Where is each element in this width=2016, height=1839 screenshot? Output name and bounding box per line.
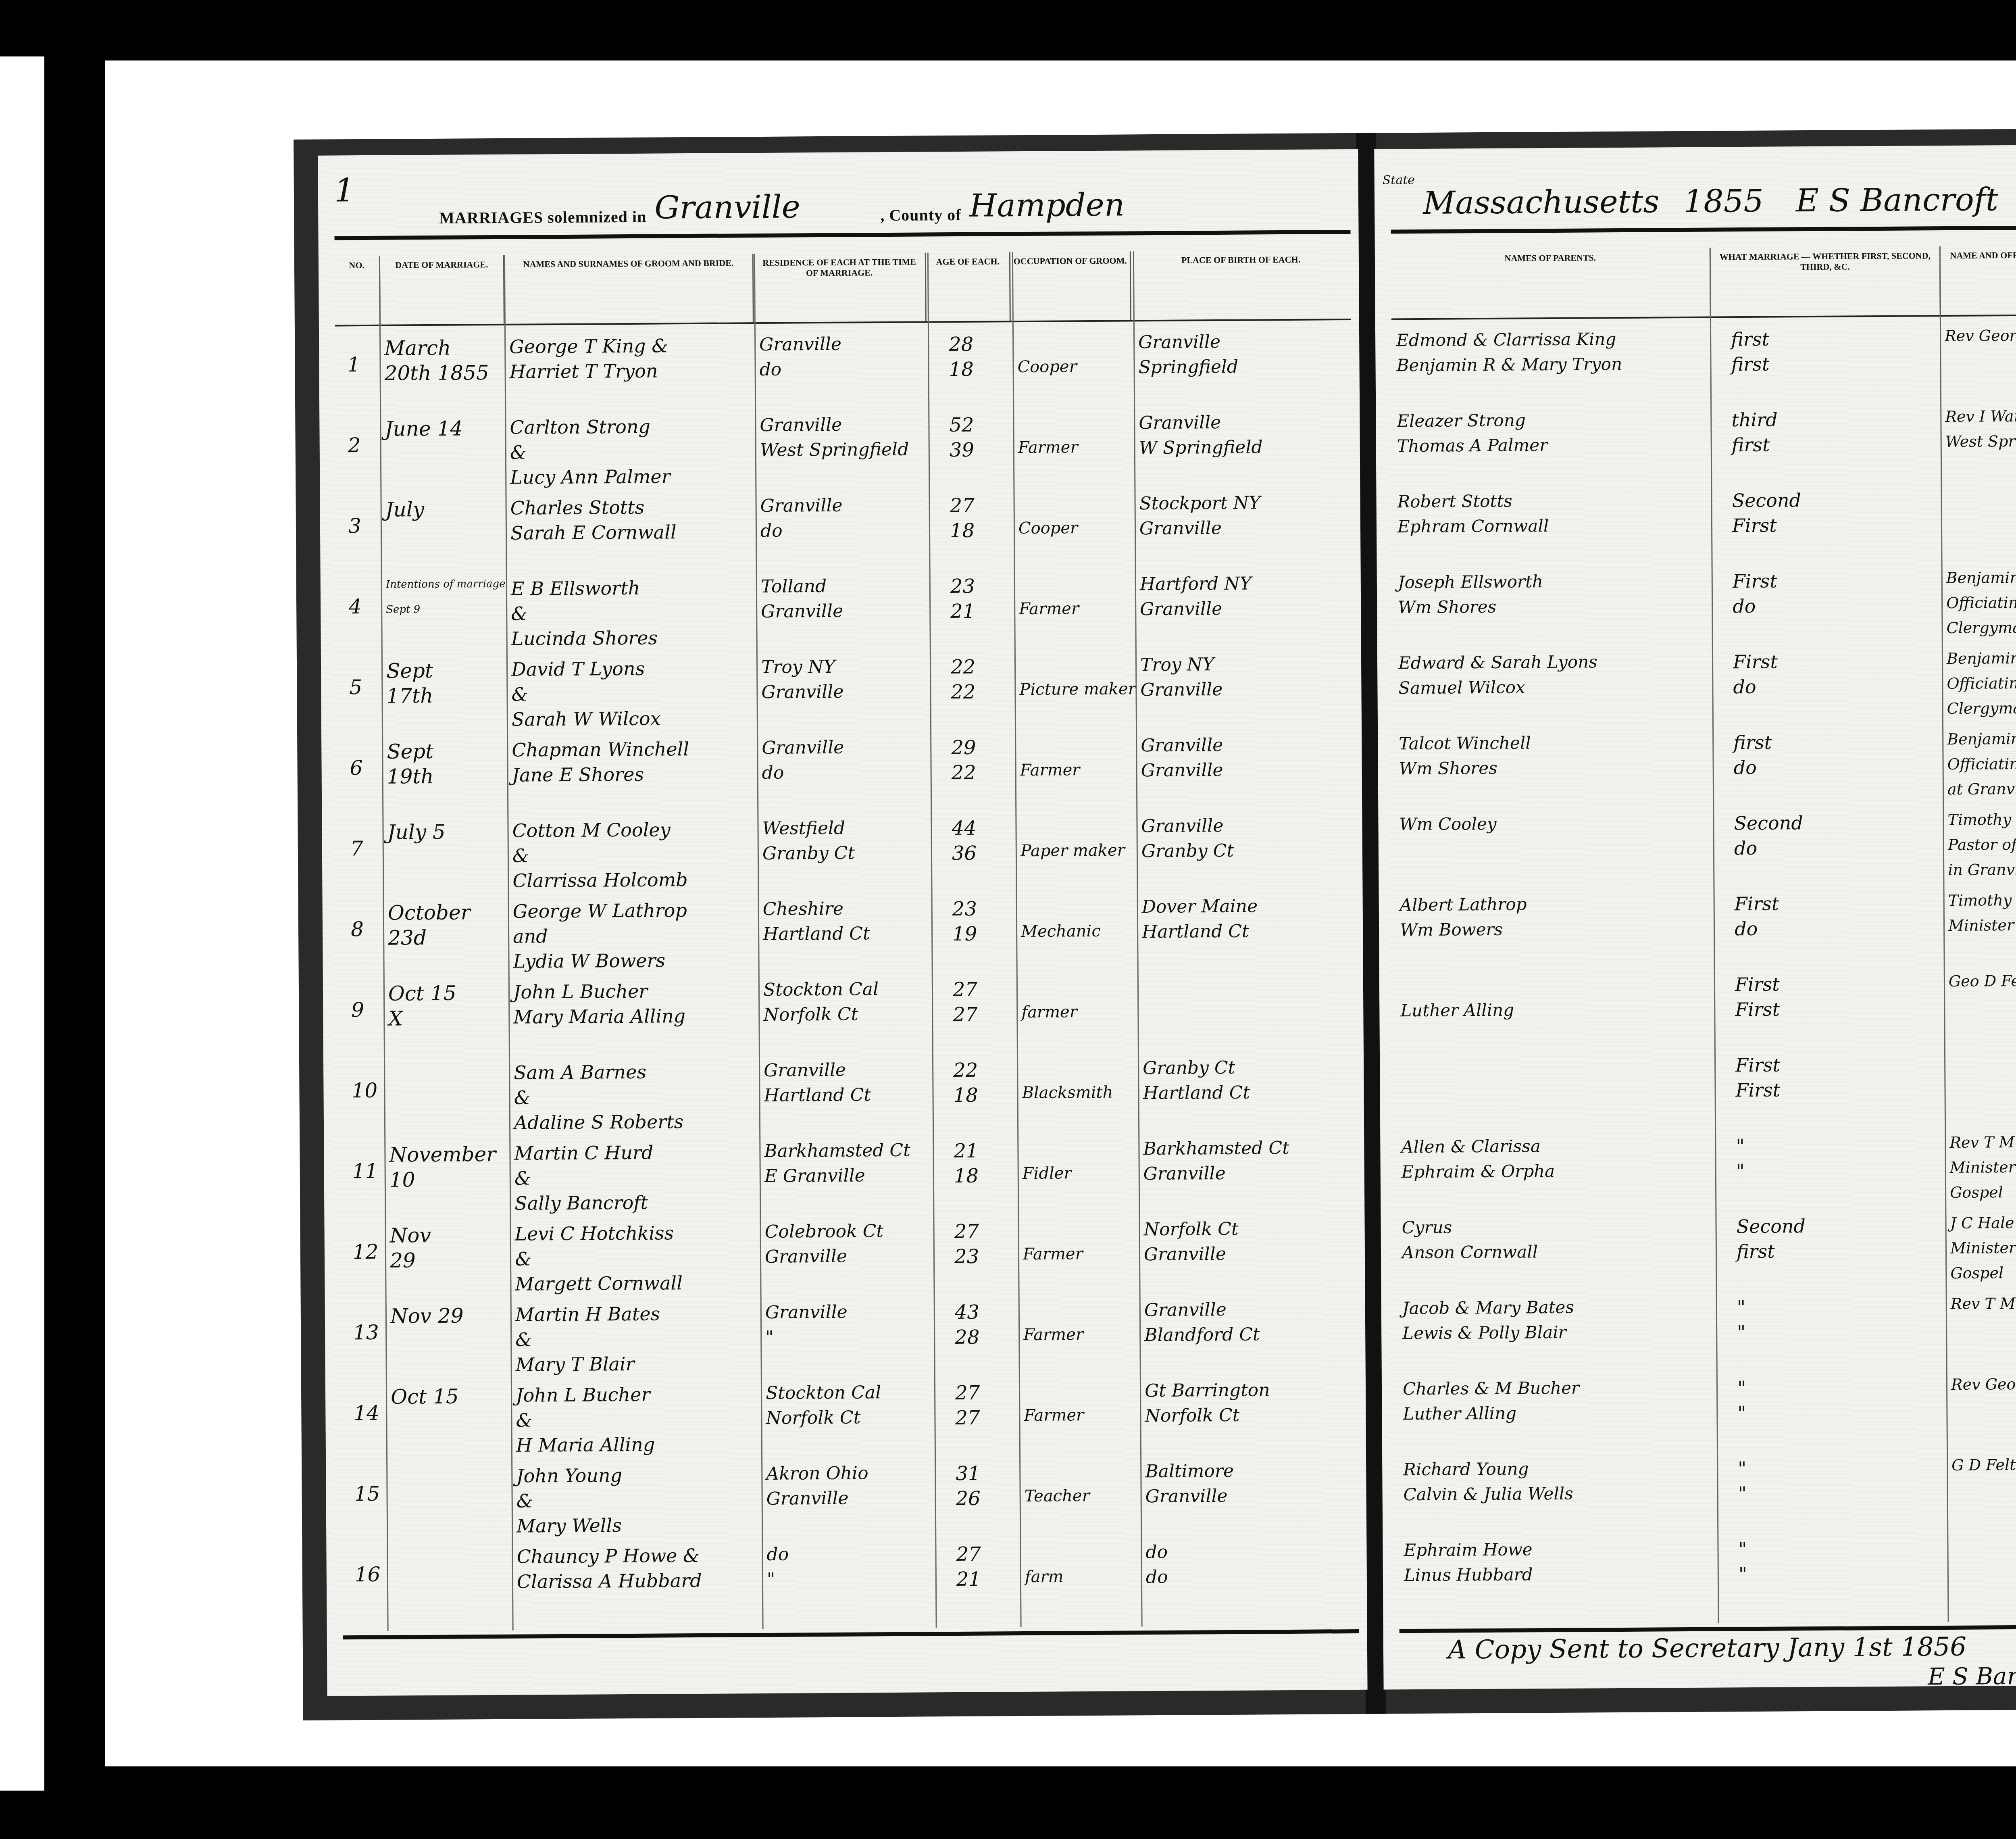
marriage-order: do (1733, 676, 1756, 698)
parents-names: Anson Cornwall (1402, 1242, 1538, 1262)
marriage-order: third (1731, 409, 1778, 431)
marriage-order: Second (1732, 489, 1801, 511)
officiant: Pastor of the 1st Church (1948, 835, 2016, 854)
residence: do (762, 763, 784, 783)
groom-occupation: Cooper (1017, 357, 1077, 376)
marriage-order: " (1737, 1402, 1746, 1424)
marriage-order: First (1735, 893, 1779, 915)
residence: do (760, 521, 783, 541)
age: 27 (955, 1407, 980, 1429)
residence: Granville (762, 737, 844, 758)
marriage-order: First (1733, 570, 1777, 592)
birthplace: Hartford NY (1140, 573, 1252, 595)
entry-number: 3 (348, 514, 361, 538)
age: 18 (949, 358, 973, 381)
residence: Granville (761, 601, 843, 622)
officiant: Timothy Cooley (1947, 810, 2016, 829)
parents-names: Linus Hubbard (1404, 1564, 1533, 1585)
residence: Granville (766, 1488, 849, 1509)
officiant: G D Felton (1951, 1456, 2016, 1474)
column-header: Names of Parents. (1391, 248, 1710, 319)
marriage-date: Nov (390, 1224, 431, 1247)
groom-bride-name: Chauncy P Howe & (516, 1545, 700, 1568)
groom-bride-name: Clarissa A Hubbard (517, 1570, 702, 1593)
parents-names: Wm Shores (1399, 758, 1497, 778)
column-header: Age of each. (925, 252, 1010, 321)
title-county: Hampden (969, 187, 1125, 224)
parents-names: Joseph Ellsworth (1398, 571, 1543, 592)
marriage-order: First (1733, 651, 1778, 673)
birthplace: Hartland Ct (1143, 1082, 1250, 1104)
residence: Hartland Ct (764, 1084, 871, 1106)
groom-occupation: Farmer (1023, 1325, 1083, 1344)
parents-names: Calvin & Julia Wells (1404, 1484, 1573, 1505)
parents-names: Samuel Wilcox (1398, 677, 1525, 698)
marriage-date: Oct 15 (388, 982, 456, 1005)
groom-bride-name: John L Bucher (516, 1384, 650, 1406)
groom-bride-name: David T Lyons (511, 658, 645, 680)
birthplace: do (1146, 1567, 1168, 1587)
groom-bride-name: Sarah W Wilcox (512, 708, 661, 730)
parents-names: Wm Bowers (1400, 919, 1503, 940)
groom-bride-name: Levi C Hotchkiss (514, 1222, 674, 1245)
birthplace: Barkhamsted Ct (1143, 1138, 1289, 1159)
parents-names: Eleazer Strong (1397, 410, 1526, 431)
age: 23 (952, 898, 977, 920)
birthplace: Granville (1140, 598, 1222, 619)
groom-bride-name: & (514, 1167, 531, 1189)
entry-number: 2 (348, 434, 361, 457)
age: 27 (955, 1382, 980, 1404)
marriage-order: first (1731, 353, 1769, 375)
marriage-order: do (1733, 757, 1756, 778)
age: 19 (952, 923, 977, 945)
title-county-label: , County of (880, 205, 961, 225)
officiant: Minister of the (1950, 1239, 2016, 1257)
marriage-date: June 14 (385, 417, 463, 440)
marriage-date: 10 (389, 1168, 415, 1191)
groom-bride-name: John L Bucher (513, 980, 648, 1003)
title-state: Massachusetts (1423, 183, 1660, 221)
footer-rule-right (1400, 1623, 2016, 1633)
marriage-order: " (1737, 1296, 1746, 1318)
marriage-date: 19th (387, 765, 434, 788)
parents-names: Wm Shores (1398, 597, 1496, 617)
marriage-order: " (1737, 1377, 1746, 1399)
groom-bride-name: & (511, 603, 527, 625)
marriage-order: " (1736, 1135, 1745, 1157)
scan-border-top (0, 0, 2016, 60)
marriage-order: " (1738, 1457, 1747, 1479)
groom-occupation: Picture maker (1019, 680, 1136, 699)
marriage-order: First (1732, 515, 1777, 537)
residence: do (759, 359, 781, 380)
residence: Granville (760, 415, 842, 436)
marriage-date: October (388, 901, 471, 924)
marriage-date: 20th 1855 (384, 361, 489, 385)
groom-bride-name: Martin C Hurd (514, 1142, 653, 1164)
age: 27 (953, 978, 977, 1001)
age: 43 (955, 1301, 979, 1324)
groom-bride-name: Carlton Strong (510, 416, 650, 438)
groom-bride-name: & (510, 442, 527, 463)
age: 27 (953, 1003, 977, 1026)
parents-names: Edward & Sarah Lyons (1398, 652, 1597, 673)
groom-occupation: Farmer (1018, 438, 1078, 457)
parents-names: Richard Young (1403, 1459, 1529, 1479)
parents-names: Charles & M Bucher (1403, 1378, 1579, 1399)
marriage-date: July 5 (387, 820, 446, 844)
parents-names: Ephram Cornwall (1397, 516, 1549, 536)
parents-names: Wm Cooley (1399, 814, 1496, 834)
groom-bride-name: & (515, 1328, 532, 1350)
page-number: 1 (334, 171, 355, 209)
groom-bride-name: Adaline S Roberts (514, 1111, 684, 1134)
residence: Hartland Ct (763, 923, 870, 945)
entry-number: 13 (353, 1321, 379, 1344)
age: 31 (956, 1462, 980, 1485)
right-rows: Edmond & Clarrissa KingBenjamin R & Mary… (1391, 316, 2016, 1625)
residence: Troy NY (761, 657, 835, 678)
residence: Granville (764, 1060, 846, 1081)
age: 28 (955, 1326, 979, 1349)
officiant: Gospel (1950, 1264, 2004, 1282)
age: 18 (953, 1084, 978, 1107)
title-registrar: E S Bancroft (1796, 181, 2016, 219)
age: 26 (956, 1487, 981, 1510)
birthplace: Granville (1141, 815, 1223, 836)
entry-number: 8 (351, 917, 364, 941)
age: 29 (951, 736, 976, 759)
age: 18 (950, 519, 975, 542)
groom-bride-name: Cotton M Cooley (512, 819, 670, 841)
residence: Granby Ct (762, 843, 855, 864)
birthplace: Granville (1144, 1244, 1226, 1265)
marriage-date: 23d (388, 926, 427, 950)
marriage-order: Second (1734, 812, 1803, 834)
residence: Granville (765, 1246, 847, 1267)
marriage-date: Sept (386, 659, 433, 683)
officiant: West Springfield (1945, 432, 2016, 450)
officiant: Minister of the Gospel (1948, 915, 2016, 934)
residence: Norfolk Ct (763, 1004, 858, 1025)
groom-bride-name: & (511, 684, 528, 705)
groom-occupation: farm (1025, 1567, 1064, 1586)
groom-bride-name: George W Lathrop (513, 899, 687, 922)
residence: Granville (760, 495, 842, 516)
birthplace: Granby Ct (1143, 1057, 1235, 1078)
left-title: MARRIAGES solemnized in Granville , Coun… (439, 173, 1351, 227)
groom-bride-name: Sarah E Cornwall (510, 521, 677, 544)
officiant: Geo D Felton (1949, 972, 2016, 990)
groom-bride-name: John Young (516, 1464, 622, 1487)
groom-bride-name: Lydia W Bowers (513, 949, 665, 972)
age: 44 (952, 817, 976, 840)
officiant: Rev George D Felton (1945, 326, 2016, 345)
residence: Cheshire (763, 899, 843, 919)
age: 23 (954, 1245, 979, 1268)
groom-occupation: Mechanic (1021, 922, 1101, 941)
marriage-order: " (1736, 1160, 1745, 1182)
right-column-headers: Names of Parents.What Marriage — whether… (1391, 244, 2016, 318)
marriage-date: November (389, 1143, 496, 1167)
age: 27 (954, 1220, 979, 1243)
age: 22 (951, 681, 975, 703)
left-rows: 1March20th 1855George T King &Harriet T … (335, 323, 1359, 1631)
entry-number: 12 (353, 1240, 379, 1264)
entry-number: 9 (351, 998, 364, 1022)
groom-bride-name: Martin H Bates (515, 1303, 660, 1326)
residence: West Springfield (760, 439, 909, 461)
officiant: Rev T M Cooley (1949, 1133, 2016, 1151)
marriage-date: 17th (386, 684, 433, 708)
groom-occupation: farmer (1021, 1003, 1077, 1022)
residence: do (766, 1544, 789, 1565)
birthplace: Granville (1143, 1163, 1226, 1184)
marriage-order: do (1735, 918, 1758, 940)
groom-bride-name: E B Ellsworth (511, 577, 640, 600)
birthplace: Norfolk Ct (1143, 1219, 1238, 1240)
residence: Tolland (761, 576, 827, 597)
residence: " (767, 1569, 775, 1590)
groom-occupation: Farmer (1024, 1406, 1084, 1425)
residence: Granville (765, 1302, 848, 1323)
officiant: Rev I Ward (1945, 407, 2016, 425)
officiant: Benjamin Howe (1946, 568, 2016, 587)
age: 18 (954, 1165, 979, 1187)
footer-rule (343, 1629, 1359, 1639)
birthplace: Granville (1139, 412, 1221, 433)
scan-border-left-inner (44, 0, 105, 1839)
age: 21 (954, 1140, 978, 1162)
groom-bride-name: Lucy Ann Palmer (510, 465, 671, 488)
age: 39 (950, 439, 974, 461)
column-header: Name and official station of the person … (1939, 245, 2016, 315)
groom-bride-name: & (512, 845, 529, 867)
officiant: Clergyman (1946, 619, 2016, 637)
residence: Granville (761, 682, 843, 703)
groom-occupation: Paper maker (1020, 841, 1125, 860)
marriage-date: Nov 29 (390, 1304, 464, 1328)
groom-bride-name: Sally Bancroft (514, 1192, 648, 1214)
groom-bride-name: Charles Stotts (510, 496, 645, 519)
title-town: Granville (654, 188, 873, 226)
age: 27 (950, 494, 974, 517)
residence: Colebrook Ct (764, 1221, 883, 1242)
marriage-order: first (1731, 328, 1769, 350)
groom-bride-name: Jane E Shores (512, 763, 644, 786)
age: 22 (953, 1059, 978, 1082)
entry-number: 14 (354, 1401, 379, 1425)
marriage-order: " (1739, 1563, 1747, 1585)
age: 22 (952, 761, 976, 784)
footer-copy-note: A Copy Sent to Secretary Jany 1st 1856 (1448, 1632, 1967, 1665)
entry-number: 15 (354, 1482, 380, 1505)
entry-number: 11 (352, 1159, 378, 1183)
groom-bride-name: and (513, 925, 548, 947)
officiant: Officiating (1946, 594, 2016, 612)
birthplace: Granby Ct (1141, 840, 1234, 861)
parents-names: Thomas A Palmer (1397, 435, 1548, 456)
groom-bride-name: Mary T Blair (515, 1353, 634, 1376)
groom-occupation: Farmer (1019, 599, 1079, 618)
left-column-headers: No.Date of Marriage.Names and Surnames o… (335, 250, 1351, 325)
parents-names: Robert Stotts (1397, 491, 1512, 512)
right-page: State Massachusetts 1855 E S Bancroft Re… (1374, 143, 2016, 1689)
birthplace: Granville (1140, 679, 1223, 700)
entry-number: 16 (355, 1563, 381, 1586)
officiant: Benjamin Howe (1947, 649, 2016, 667)
birthplace: Granville (1139, 518, 1222, 539)
birthplace: Granville (1144, 1299, 1227, 1320)
title-printed-prefix: MARRIAGES solemnized in (439, 207, 646, 227)
officiant: Clergyman (1947, 699, 2016, 717)
birthplace: W Springfield (1139, 437, 1263, 458)
marriage-order: first (1732, 434, 1770, 456)
entry-number: 7 (350, 837, 363, 860)
birthplace: Granville (1138, 332, 1220, 352)
age: 36 (952, 842, 977, 865)
left-page: 1 MARRIAGES solemnized in Granville , Co… (318, 149, 1367, 1696)
marriage-order: do (1733, 595, 1756, 617)
parents-names: Cyrus (1402, 1218, 1452, 1238)
groom-bride-name: Sam A Barnes (514, 1061, 646, 1084)
residence: Westfield (762, 818, 845, 839)
column-header: Names and Surnames of Groom and Bride. (503, 254, 753, 324)
residence: " (765, 1327, 774, 1348)
officiant: Rev T M Cooley (1951, 1294, 2016, 1313)
marriage-order: " (1737, 1321, 1746, 1343)
groom-bride-name: & (514, 1086, 530, 1108)
marriage-order: First (1735, 999, 1780, 1021)
groom-occupation: Cooper (1018, 519, 1078, 538)
groom-bride-name: Margett Cornwall (515, 1272, 683, 1295)
age: 21 (950, 600, 975, 623)
marriage-order: First (1735, 974, 1780, 996)
marriage-order: first (1737, 1241, 1775, 1263)
marriage-order: First (1735, 1054, 1780, 1076)
header-rule-top-right (1391, 223, 2016, 234)
parents-names: Luther Alling (1403, 1403, 1516, 1424)
birthplace: Stockport NY (1139, 492, 1260, 514)
birthplace: Granville (1141, 760, 1223, 781)
marriage-order: " (1738, 1538, 1747, 1560)
entry-number: 6 (350, 756, 362, 780)
officiant: Officiating Clergyman (1947, 754, 2016, 773)
officiant: Officiating (1947, 674, 2016, 692)
officiant: Timothy M Cooley (1948, 891, 2016, 909)
column-header: Place of Birth of each. (1130, 250, 1351, 320)
residence: Stockton Cal (766, 1382, 881, 1403)
register-book: 1 MARRIAGES solemnized in Granville , Co… (294, 127, 2016, 1720)
parents-names: Benjamin R & Mary Tryon (1396, 354, 1622, 375)
residence: Barkhamsted Ct (764, 1140, 910, 1161)
officiant: Gospel (1950, 1183, 2003, 1201)
age: 52 (949, 414, 974, 436)
parents-names: Luther Alling (1400, 1000, 1514, 1021)
marriage-order: Second (1736, 1215, 1806, 1237)
marriage-date: Sept (387, 740, 433, 763)
title-year: 1855 (1683, 183, 1764, 220)
birthplace: Dover Maine (1142, 896, 1258, 917)
column-header: No. (335, 256, 379, 325)
residence: E Granville (764, 1165, 865, 1186)
groom-occupation: Blacksmith (1022, 1083, 1113, 1102)
right-title: State Massachusetts 1855 E S Bancroft Re… (1383, 167, 2016, 221)
groom-bride-name: George T King & (509, 335, 668, 357)
birthplace: Troy NY (1140, 654, 1214, 675)
groom-bride-name: Chapman Winchell (512, 738, 689, 761)
groom-bride-name: & (516, 1490, 533, 1512)
groom-occupation: Farmer (1023, 1245, 1083, 1264)
marriage-order: do (1734, 837, 1757, 859)
groom-occupation: Fidler (1023, 1164, 1072, 1183)
officiant: Minister of the (1950, 1158, 2016, 1176)
age: 28 (949, 333, 973, 356)
groom-occupation: Teacher (1025, 1487, 1090, 1505)
age: 27 (956, 1543, 981, 1566)
parents-names: Allen & Clarissa (1401, 1136, 1541, 1157)
parents-names: Albert Lathrop (1400, 894, 1527, 915)
column-header: Residence of each at the time of marriag… (752, 252, 925, 322)
birthplace: Granville (1141, 735, 1223, 756)
groom-bride-name: Mary Maria Alling (513, 1005, 685, 1028)
birthplace: do (1145, 1542, 1168, 1562)
officiant: at Granville (1947, 780, 2016, 798)
scan-border-bottom (0, 1766, 2016, 1839)
groom-bride-name: & (515, 1248, 531, 1270)
footer-signature: E S Bancroft (1928, 1662, 2016, 1690)
groom-bride-name: Clarrissa Holcomb (512, 869, 688, 892)
parents-names: Ephraim & Orpha (1402, 1161, 1555, 1182)
residence: Stockton Cal (763, 979, 879, 1000)
entry-number: 4 (349, 595, 362, 618)
groom-bride-name: H Maria Alling (516, 1434, 655, 1456)
marriage-order: First (1735, 1079, 1780, 1101)
groom-bride-name: & (516, 1409, 532, 1431)
marriage-date: March (384, 336, 451, 360)
birthplace: Baltimore (1145, 1461, 1234, 1482)
birthplace: Norfolk Ct (1145, 1405, 1239, 1426)
entry-number: 1 (347, 353, 360, 376)
officiant: J C Hale (1950, 1214, 2014, 1232)
officiant: Rev Geo D Felton (1951, 1375, 2016, 1393)
birthplace: Blandford Ct (1144, 1324, 1260, 1345)
column-header: Date of Marriage. (379, 255, 504, 325)
age: 23 (950, 575, 975, 598)
groom-bride-name: Lucinda Shores (511, 627, 658, 650)
entry-number: 5 (349, 676, 362, 699)
parents-names: Talcot Winchell (1399, 733, 1531, 753)
residence: Granville (759, 334, 841, 355)
parents-names: Ephraim Howe (1404, 1539, 1532, 1560)
birthplace: Gt Barrington (1145, 1380, 1270, 1401)
marriage-date: 29 (390, 1249, 416, 1272)
marriage-order: " (1738, 1482, 1747, 1504)
residence: Akron Ohio (766, 1463, 868, 1484)
groom-bride-name: Mary Wells (516, 1514, 622, 1537)
residence: Norfolk Ct (766, 1407, 860, 1428)
parents-names: Lewis & Polly Blair (1402, 1322, 1566, 1343)
marriage-date: Intentions of marriage (386, 578, 506, 591)
officiant: Benjamin Howe (1947, 730, 2016, 748)
entry-number: 10 (352, 1079, 377, 1102)
birthplace: Springfield (1138, 357, 1238, 378)
age: 22 (951, 656, 975, 678)
title-state-prefix: State (1383, 173, 1415, 187)
scan-strip-left (0, 56, 44, 1791)
parents-names: Edmond & Clarrissa King (1396, 329, 1616, 350)
